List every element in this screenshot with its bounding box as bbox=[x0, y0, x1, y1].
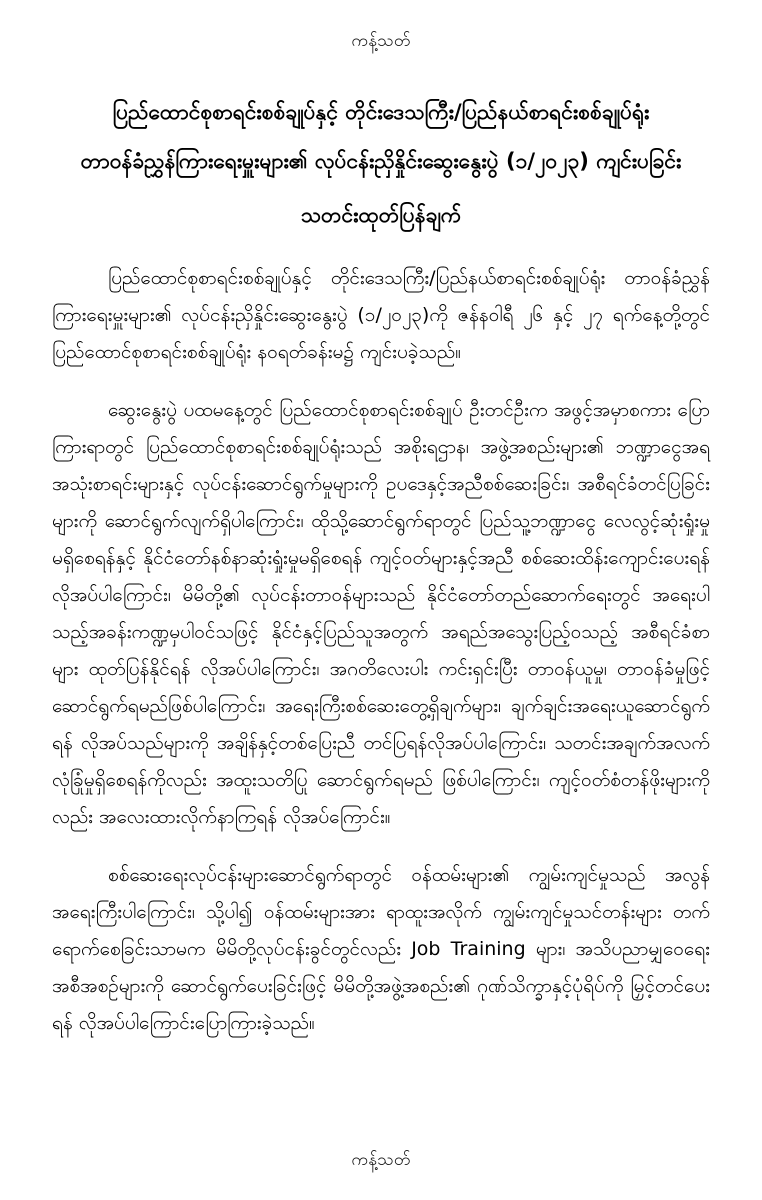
document-page: ကန့်သတ် ပြည်ထောင်စုစာရင်းစစ်ချုပ်နှင့် တ… bbox=[0, 0, 762, 1200]
document-body: ပြည်ထောင်စုစာရင်းစစ်ချုပ်နှင့် တိုင်းဒေသ… bbox=[52, 260, 710, 1042]
document-title-line-1: ပြည်ထောင်စုစာရင်းစစ်ချုပ်နှင့် တိုင်းဒေသ… bbox=[52, 88, 710, 137]
classification-footer: ကန့်သတ် bbox=[0, 1149, 762, 1174]
document-content: ပြည်ထောင်စုစာရင်းစစ်ချုပ်နှင့် တိုင်းဒေသ… bbox=[0, 0, 762, 1042]
paragraph-1: ပြည်ထောင်စုစာရင်းစစ်ချုပ်နှင့် တိုင်းဒေသ… bbox=[52, 260, 710, 371]
classification-header: ကန့်သတ် bbox=[0, 30, 762, 55]
paragraph-2: ဆွေးနွေးပွဲ ပထမနေ့တွင် ပြည်ထောင်စုစာရင်း… bbox=[52, 392, 710, 836]
paragraph-3: စစ်ဆေးရေးလုပ်ငန်းများဆောင်ရွက်ရာတွင် ဝန်… bbox=[52, 857, 710, 1042]
document-title-line-2: တာဝန်ခံညွှန်ကြားရေးမှူးများ၏ လုပ်ငန်းညှိ… bbox=[52, 137, 710, 186]
document-title: ပြည်ထောင်စုစာရင်းစစ်ချုပ်နှင့် တိုင်းဒေသ… bbox=[52, 88, 710, 186]
document-subtitle: သတင်းထုတ်ပြန်ချက် bbox=[52, 200, 710, 230]
